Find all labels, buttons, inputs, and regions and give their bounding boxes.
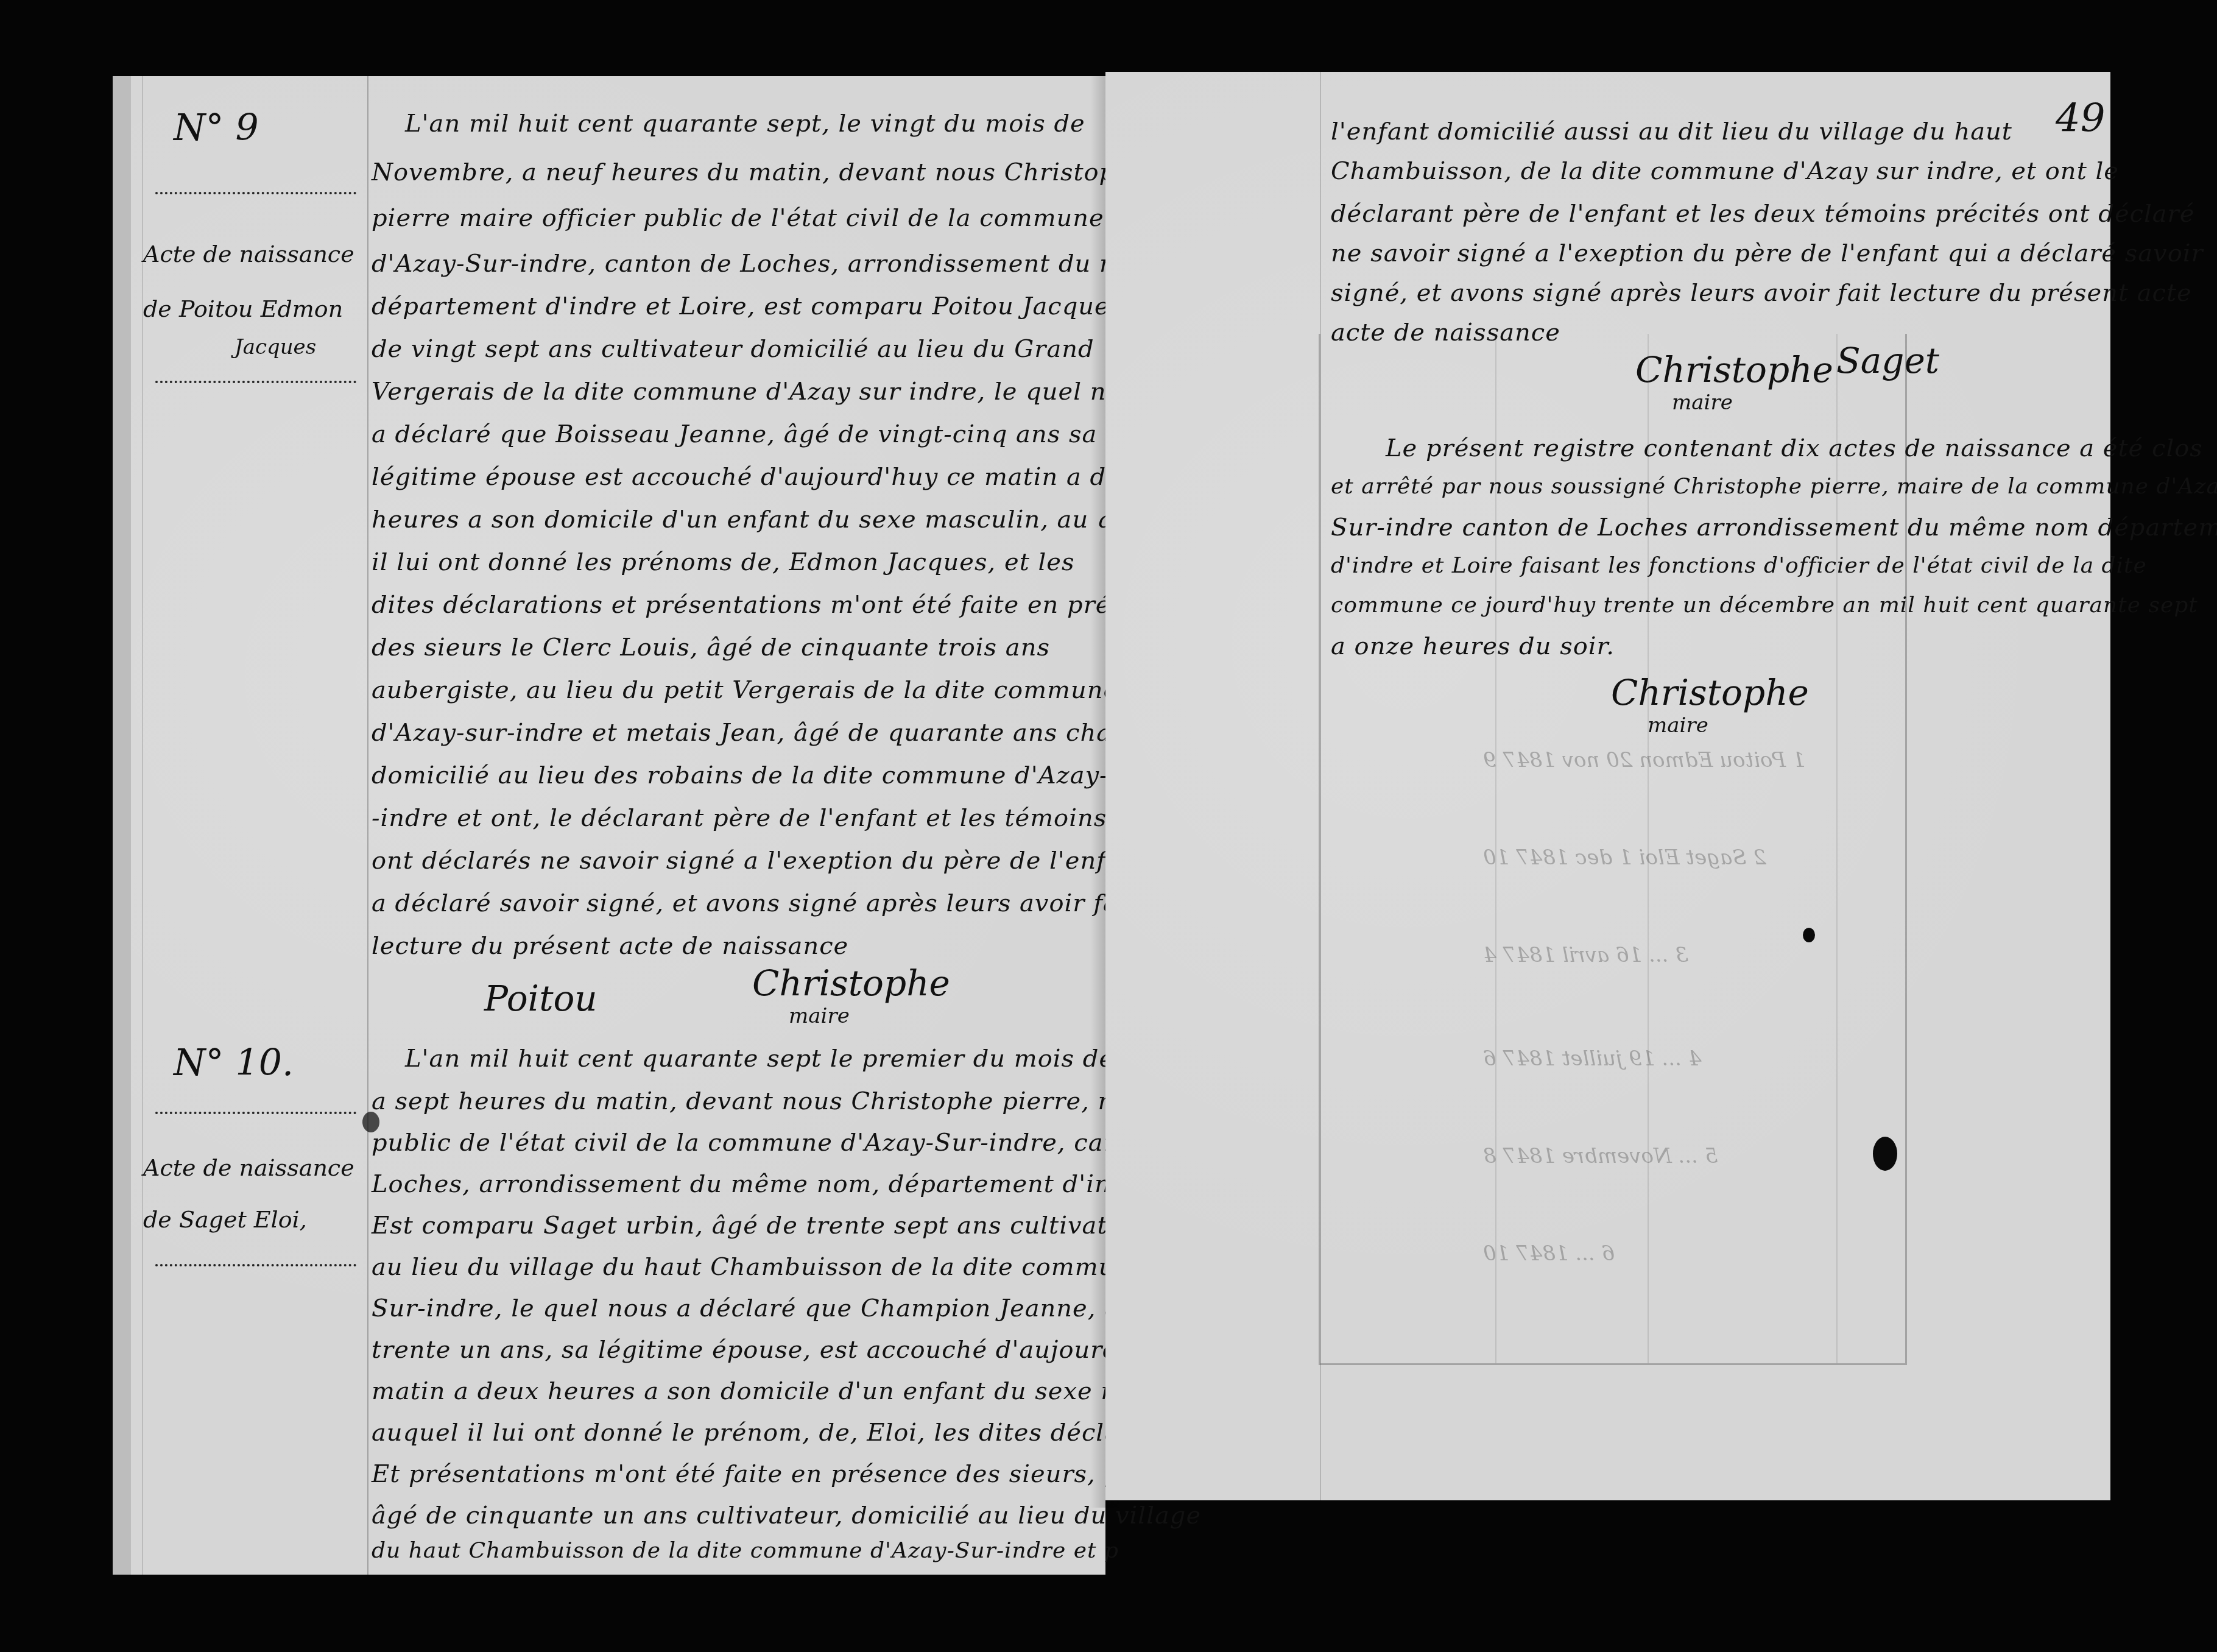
text-line: de vingt sept ans cultivateur domicilié … bbox=[372, 335, 1094, 363]
signature-christophe-maire: Christophe maire bbox=[1611, 672, 1809, 738]
closing-text-line: a onze heures du soir. bbox=[1331, 632, 1615, 660]
entry-number-9: N° 9 bbox=[174, 107, 259, 149]
margin-rule bbox=[367, 76, 368, 1575]
text-line: Novembre, a neuf heures du matin, devant… bbox=[372, 158, 1147, 186]
text-line: Vergerais de la dite commune d'Azay sur … bbox=[372, 378, 1151, 406]
signature-poitou: Poitou bbox=[484, 978, 597, 1019]
bleedthrough-row: 2 Saget Eloi 1 dec 1847 10 bbox=[1483, 845, 1766, 870]
closing-text-line: Le présent registre contenant dix actes … bbox=[1386, 434, 2203, 462]
text-line: signé, et avons signé après leurs avoir … bbox=[1331, 279, 2192, 307]
margin-title-line-1: Acte de naissance bbox=[143, 241, 354, 267]
ink-blot bbox=[1873, 1137, 1897, 1171]
text-line: il lui ont donné les prénoms de, Edmon J… bbox=[372, 548, 1074, 576]
text-line: heures a son domicile d'un enfant du sex… bbox=[372, 506, 1153, 534]
margin-title-line-1: Acte de naissance bbox=[143, 1154, 354, 1181]
closing-text-line: d'indre et Loire faisant les fonctions d… bbox=[1331, 553, 2147, 578]
entry-separator bbox=[155, 1264, 356, 1266]
signature-christophe-maire: Christophe maire bbox=[752, 962, 950, 1028]
margin-title-line-2: de Poitou Edmon bbox=[143, 295, 343, 322]
text-line: légitime épouse est accouché d'aujourd'h… bbox=[372, 463, 1152, 491]
ink-blot bbox=[1803, 928, 1815, 942]
bleedthrough-row: 6 ... 1847 10 bbox=[1483, 1241, 1615, 1266]
text-line: lecture du présent acte de naissance bbox=[372, 932, 848, 960]
text-line: Sur-indre, le quel nous a déclaré que Ch… bbox=[372, 1294, 1190, 1322]
text-line: âgé de cinquante un ans cultivateur, dom… bbox=[372, 1502, 1201, 1530]
entry-separator bbox=[155, 192, 356, 194]
text-line: a déclaré que Boisseau Jeanne, âgé de vi… bbox=[372, 420, 1097, 448]
entry-separator bbox=[155, 1112, 356, 1114]
text-line: ne savoir signé a l'exeption du père de … bbox=[1331, 239, 2204, 267]
text-line: l'enfant domicilié aussi au dit lieu du … bbox=[1331, 118, 2012, 146]
bleedthrough-row: 5 ... Novembre 1847 8 bbox=[1483, 1144, 1718, 1168]
text-line: dites déclarations et présentations m'on… bbox=[372, 591, 1185, 619]
text-line: ont déclarés ne savoir signé a l'exeptio… bbox=[372, 847, 1197, 875]
text-line: Chambuisson, de la dite commune d'Azay s… bbox=[1331, 157, 2119, 185]
entry-number-10: N° 10. bbox=[174, 1042, 294, 1084]
left-page: N° 9 Acte de naissance de Poitou Edmon J… bbox=[131, 76, 1105, 1575]
bleedthrough-row: 1 Poitou Edmon 20 nov 1847 9 bbox=[1483, 748, 1806, 772]
text-line: aubergiste, au lieu du petit Vergerais d… bbox=[372, 676, 1118, 704]
bleedthrough-row: 3 ... 16 avril 1847 4 bbox=[1483, 943, 1688, 967]
page-number: 49 bbox=[2056, 96, 2105, 141]
text-line: du haut Chambuisson de la dite commune d… bbox=[372, 1538, 1119, 1563]
entry-separator bbox=[155, 381, 356, 383]
text-line: trente un ans, sa légitime épouse, est a… bbox=[372, 1336, 1211, 1364]
text-line: département d'indre et Loire, est compar… bbox=[372, 292, 1186, 320]
ink-blot bbox=[362, 1112, 379, 1132]
text-line: L'an mil huit cent quarante sept, le vin… bbox=[405, 110, 1085, 138]
closing-text-line: et arrêté par nous soussigné Christophe … bbox=[1331, 474, 2217, 499]
closing-text-line: Sur-indre canton de Loches arrondissemen… bbox=[1331, 514, 2217, 542]
bleedthrough-row: 4 ... 19 juillet 1847 6 bbox=[1483, 1047, 1701, 1071]
text-line: domicilié au lieu des robains de la dite… bbox=[372, 761, 1150, 789]
text-line: pierre maire officier public de l'état c… bbox=[372, 204, 1104, 232]
right-page: 49 l'enfant domicilié aussi au dit lieu … bbox=[1105, 72, 2110, 1500]
text-line: déclarant père de l'enfant et les deux t… bbox=[1331, 200, 2194, 228]
text-line: auquel il lui ont donné le prénom, de, E… bbox=[372, 1419, 1210, 1447]
text-line: public de l'état civil de la commune d'A… bbox=[372, 1129, 1201, 1157]
closing-text-line: commune ce jourd'huy trente un décembre … bbox=[1331, 593, 2198, 618]
text-line: des sieurs le Clerc Louis, âgé de cinqua… bbox=[372, 634, 1050, 662]
margin-title-line-2: de Saget Eloi, bbox=[143, 1206, 307, 1233]
text-line: a déclaré savoir signé, et avons signé a… bbox=[372, 889, 1137, 917]
margin-title-line-3: Jacques bbox=[234, 335, 316, 359]
